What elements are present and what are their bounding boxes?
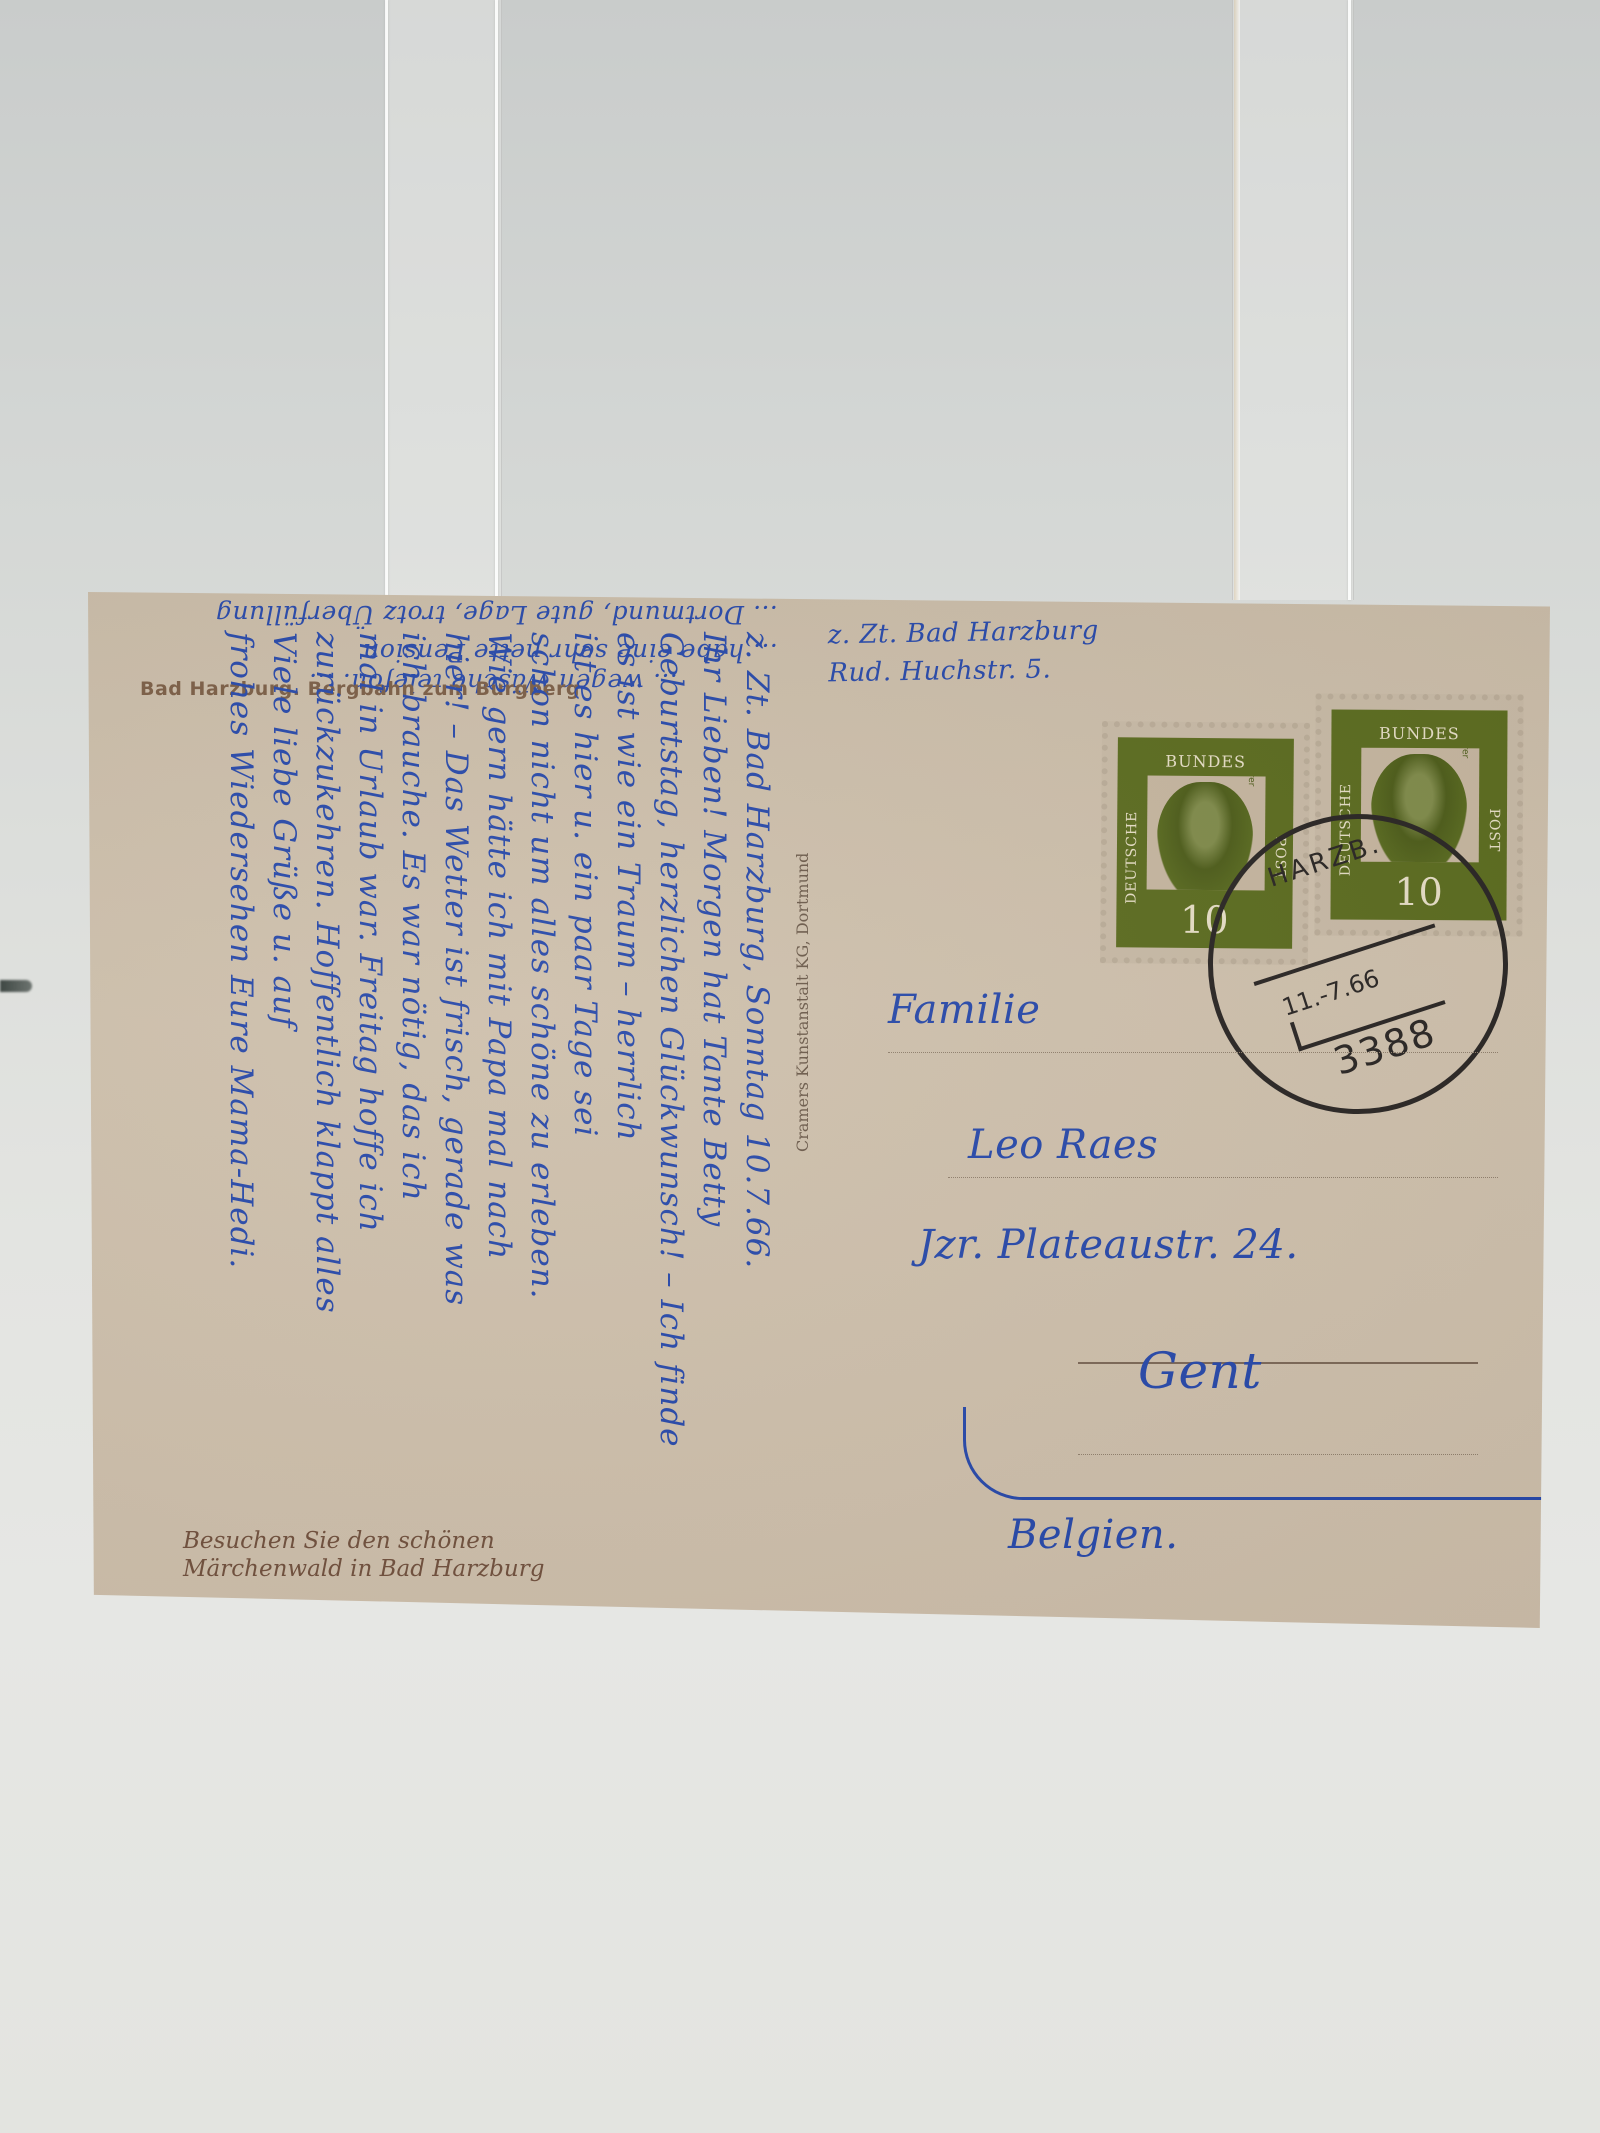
postage-stamp: BUNDES DEUTSCHE POST Dürer 10 xyxy=(1314,693,1523,936)
stamp-frame: BUNDES DEUTSCHE POST Dürer 10 xyxy=(1116,737,1294,949)
letter-line: frohes Wiedersehen Eure Mama-Hedi. xyxy=(219,632,262,1532)
letter-line: ist es hier u. ein paar Tage sei xyxy=(563,632,606,1532)
letter-line: ich brauche. Es war nötig, das ich xyxy=(391,632,434,1532)
stamp-value: 10 xyxy=(1330,870,1506,915)
rail-edge xyxy=(495,0,498,600)
publisher-imprint: Cramers Kunstanstalt KG, Dortmund xyxy=(793,853,812,1152)
letter-line: zurückzukehren. Hoffentlich klappt alles xyxy=(305,632,348,1532)
sender-line: Rud. Huchstr. 5. xyxy=(828,650,1100,693)
postmark: HARZB. 11.-7.66 3388 xyxy=(1169,775,1547,1153)
rail-body xyxy=(1232,0,1354,600)
postmark-postal-code: 3388 xyxy=(1240,981,1529,1112)
letter-line: Wie gern hätte ich mit Papa mal nach xyxy=(477,632,520,1532)
recipient-street: Jzr. Plateaustr. 24. xyxy=(918,1222,1299,1268)
rail-edge xyxy=(1348,0,1351,600)
rail-glint xyxy=(1234,0,1240,600)
printed-caption-top: Bad Harzburg. Bergbahn zum Burgberg xyxy=(140,678,580,700)
underline-flourish xyxy=(963,1407,1600,1500)
stamp-left-text: DEUTSCHE xyxy=(1123,792,1140,922)
stamp-right-text: POST xyxy=(1271,804,1288,914)
handwritten-letter: z. Zt. Bad Harzburg, Sonntag 10.7.66. Ih… xyxy=(219,632,778,1532)
recipient-name: Leo Raes xyxy=(968,1122,1158,1168)
stamp-left-text: DEUTSCHE xyxy=(1338,765,1355,895)
rail-edge xyxy=(385,0,388,600)
acrylic-stand-rail-left xyxy=(385,0,500,600)
letter-line: Geburtstag, herzlichen Glückwunsch! – Ic… xyxy=(649,632,692,1532)
recipient-country: Belgien. xyxy=(1008,1512,1178,1558)
address-rule xyxy=(948,1177,1498,1178)
stamp-artist: Dürer xyxy=(1245,775,1255,786)
portrait-face xyxy=(1156,782,1253,891)
address-rule xyxy=(1078,1362,1478,1364)
upside-down-line: … wegen Wäsche telefon. … xyxy=(258,668,678,697)
recipient-city: Gent xyxy=(1138,1342,1262,1400)
caption-line: Märchenwald in Bad Harzburg xyxy=(183,1555,544,1583)
stamp-right-text: POST xyxy=(1486,775,1503,885)
letter-line: Ihr Lieben! Morgen hat Tante Betty xyxy=(692,632,735,1532)
recipient-line: Familie xyxy=(888,987,1040,1033)
postcard: … Dortmund, gute Lage, trotz Überfüllung… xyxy=(88,592,1550,1628)
letter-line: mal in Urlaub war. Freitag hoffe ich xyxy=(348,632,391,1532)
stamp-frame: BUNDES DEUTSCHE POST Dürer 10 xyxy=(1330,710,1507,921)
sender-line: z. Zt. Bad Harzburg xyxy=(827,612,1099,655)
upside-down-line: … Dortmund, gute Lage, trotz Überfüllung xyxy=(88,600,778,629)
stamp-value: 10 xyxy=(1116,897,1292,943)
stamp-top-text: BUNDES xyxy=(1118,751,1294,772)
upside-down-line: … habe eine sehr nette Pension xyxy=(88,638,778,667)
durer-portrait-icon: Dürer xyxy=(1147,775,1266,890)
stamp-top-text: BUNDES xyxy=(1331,724,1507,744)
letter-line: z. Zt. Bad Harzburg, Sonntag 10.7.66. xyxy=(735,632,778,1532)
letter-line: hier! – Das Wetter ist frisch, gerade wa… xyxy=(434,632,477,1532)
letter-line: es ist wie ein Traum – herrlich xyxy=(606,632,649,1532)
postmark-bracket xyxy=(1290,975,1446,1051)
acrylic-stand-rail-right xyxy=(1232,0,1352,600)
postmark-bar xyxy=(1254,923,1436,986)
rail-body xyxy=(385,0,502,600)
postage-stamp: BUNDES DEUTSCHE POST Dürer 10 xyxy=(1100,721,1310,965)
background-object xyxy=(0,980,32,992)
letter-line: Viele liebe Grüße u. auf xyxy=(262,632,305,1532)
caption-line: Besuchen Sie den schönen xyxy=(183,1527,544,1555)
letter-line: schon nicht um alles schöne zu erleben. xyxy=(520,632,563,1532)
stamp-artist: Dürer xyxy=(1459,748,1469,759)
address-rule xyxy=(888,1052,1498,1053)
durer-portrait-icon: Dürer xyxy=(1361,748,1480,863)
sender-address: z. Zt. Bad Harzburg Rud. Huchstr. 5. xyxy=(827,612,1099,693)
postmark-date: 11.-7.66 xyxy=(1279,964,1383,1022)
address-rule xyxy=(1078,1454,1478,1455)
portrait-face xyxy=(1371,754,1468,863)
postmark-town: HARZB. xyxy=(1182,802,1467,920)
printed-caption-bottom: Besuchen Sie den schönen Märchenwald in … xyxy=(183,1527,544,1583)
